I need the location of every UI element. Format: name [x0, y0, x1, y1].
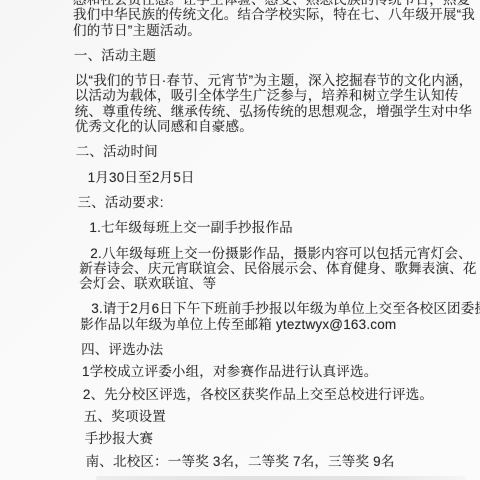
document-line: 优秀文化的认同感和自豪感。 [75, 119, 480, 134]
document-line: 1月30日至2月5日 [77, 170, 480, 185]
section-heading: 五、奖项设置 [84, 409, 480, 424]
paragraph: 1月30日至2月5日 [77, 170, 480, 185]
document-line: 们的节日”主题活动。 [73, 23, 480, 38]
section-heading: 四、评选办法 [81, 342, 480, 357]
document-line: 新春诗会、庆元宵联谊会、民俗展示会、体育健身、歌舞表演、花 [79, 261, 480, 276]
paragraph: 感和社会责任感。让学生体验、感受、熟悉民族的传统节日，热爱我们中华民族的传统文化… [73, 0, 480, 38]
section-heading: 二、活动时间 [76, 144, 480, 159]
section-heading-text: 五、奖项设置 [84, 409, 480, 424]
photo-edge-shadow [96, 476, 466, 480]
document-line: 以“我们的节日·春节、元宵节”为主题，深入挖掘春节的文化内涵， [75, 73, 480, 88]
document-line: 南、北校区：一等奖 3名，二等奖 7名，三等奖 9名 [86, 454, 480, 469]
document-line: 1学校成立评委小组，对参赛作品进行认真评选。 [82, 364, 480, 379]
paragraph: 3.请于2月6日下午下班前手抄报以年级为单位上交至各校区团委摄影作品以年级为单位… [80, 301, 480, 332]
section-heading-text: 四、评选办法 [81, 342, 480, 357]
paragraph: 以“我们的节日·春节、元宵节”为主题，深入挖掘春节的文化内涵，以活动为载体，吸引… [75, 73, 480, 134]
document-line: 2.八年级每班上交一份摄影作品，摄影内容可以包括元宵灯会、 [79, 246, 480, 261]
document-line: 我们中华民族的传统文化。结合学校实际，特在七、八年级开展“我 [73, 7, 480, 22]
document-line: 3.请于2月6日下午下班前手抄报以年级为单位上交至各校区团委摄 [80, 301, 480, 316]
document-line: 影作品以年级为单位上传至邮箱 yteztwyx@163.com [80, 317, 480, 332]
paragraph: 手抄报大赛 [85, 431, 480, 446]
paragraph: 2.八年级每班上交一份摄影作品，摄影内容可以包括元宵灯会、新春诗会、庆元宵联谊会… [79, 246, 480, 292]
paragraph: 1.七年级每班上交一副手抄报作品 [78, 220, 480, 235]
document-line: 2、先分校区评选，各校区获奖作品上交至总校进行评选。 [83, 387, 480, 402]
paragraph: 南、北校区：一等奖 3名，二等奖 7名，三等奖 9名 [86, 454, 480, 469]
notice-document: 感和社会责任感。让学生体验、感受、熟悉民族的传统节日，热爱我们中华民族的传统文化… [0, 0, 480, 476]
section-heading-text: 三、活动要求: [78, 195, 480, 210]
document-line: 手抄报大赛 [85, 431, 480, 446]
document-line: 统、尊重传统、继承传统、弘扬传统的思想观念，增强学生对中华 [75, 104, 480, 119]
document-line: 会灯会、联欢联谊、等 [79, 276, 480, 291]
section-heading-text: 一、活动主题 [74, 48, 480, 63]
document-line: 1.七年级每班上交一副手抄报作品 [78, 220, 480, 235]
paragraph: 1学校成立评委小组，对参赛作品进行认真评选。 [82, 364, 480, 379]
document-line: 以活动为载体，吸引全体学生广泛参与，培养和树立学生认知传 [75, 88, 480, 103]
paragraph: 2、先分校区评选，各校区获奖作品上交至总校进行评选。 [83, 387, 480, 402]
section-heading: 三、活动要求: [78, 195, 480, 210]
document-photo: 感和社会责任感。让学生体验、感受、熟悉民族的传统节日，热爱我们中华民族的传统文化… [0, 0, 480, 480]
section-heading: 一、活动主题 [74, 48, 480, 63]
section-heading-text: 二、活动时间 [76, 144, 480, 159]
